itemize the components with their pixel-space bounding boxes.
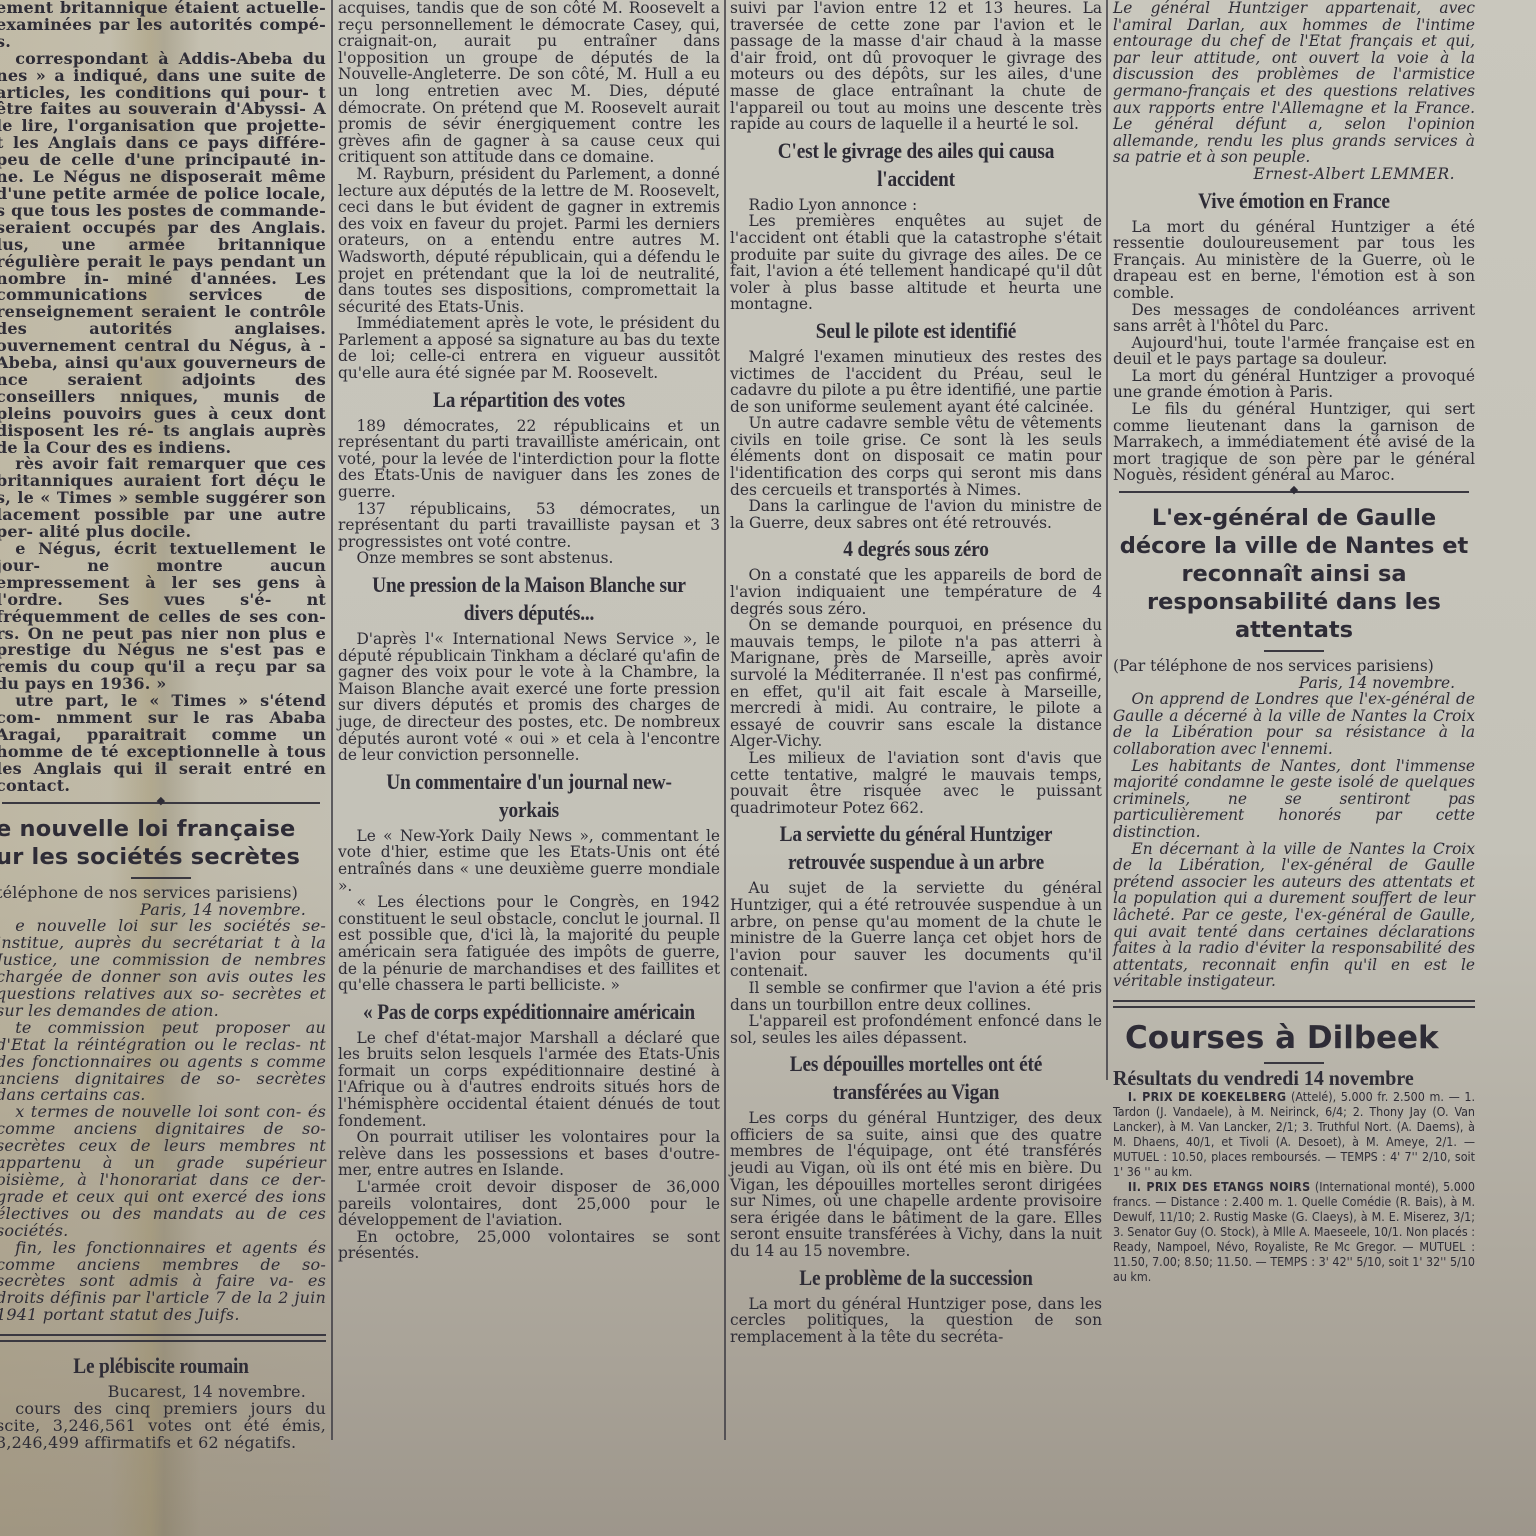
paragraph: Immédiatement après le vote, le présiden… [338,315,720,381]
paragraph: On se demande pourquoi, en présence du m… [730,617,1102,750]
subheading: Les dépouilles mortelles ont été transfé… [752,1050,1079,1106]
ornament-divider [1119,488,1469,496]
paragraph: Aujourd'hui, toute l'armée française est… [1113,335,1475,368]
byline: Ernest-Albert LEMMER. [1113,166,1475,183]
column-4: Le général Huntziger appartenait, avec l… [1113,0,1475,1284]
source-line: Radio Lyon annonce : [730,197,1102,214]
paragraph: La mort du général Huntziger pose, dans … [730,1296,1102,1346]
paragraph: La mort du général Huntziger a provoqué … [1113,368,1475,401]
divider [1264,1062,1324,1064]
double-rule-divider [1113,1000,1475,1008]
paragraph: M. Rayburn, président du Parlement, a do… [338,166,720,315]
section-headline: Courses à Dilbeek [1125,1018,1475,1058]
paragraph: te commission peut proposer au d'Etat la… [0,1020,326,1105]
column-1: ement britannique étaient actuelle- exam… [0,0,326,1452]
headline: e nouvelle loi française ur les sociétés… [0,815,326,871]
paragraph: Les habitants de Nantes, dont l'immense … [1113,758,1475,841]
paragraph: Il semble se confirmer que l'avion a été… [730,980,1102,1013]
column-3: suivi par l'avion entre 12 et 13 heures.… [730,0,1102,1345]
divider [1264,650,1324,652]
paragraph: Le fils du général Huntziger, qui sert c… [1113,401,1475,484]
subheading: Un commentaire d'un journal new-yorkais [361,768,697,824]
dateline: Paris, 14 novembre. [1113,675,1475,692]
race-text: (International monté), 5.000 francs. — D… [1113,1179,1475,1284]
paragraph: 137 républicains, 53 démocrates, un repr… [338,501,720,551]
subheading: Le problème de la succession [752,1264,1079,1292]
subheading: « Pas de corps expéditionnaire américain [361,998,697,1026]
headline: L'ex-général de Gaulle décore la ville d… [1113,504,1475,644]
paragraph: ement britannique étaient actuelle- exam… [0,0,326,51]
paragraph: Le « New-York Daily News », commentant l… [338,828,720,894]
race-result: II. PRIX DES ETANGS NOIRS (International… [1113,1179,1475,1284]
paragraph: e nouvelle loi sur les sociétés se- inst… [0,918,326,1019]
column-rule [1106,0,1108,1080]
results-heading: Résultats du vendredi 14 novembre [1113,1070,1457,1087]
subheading: La serviette du général Huntziger retrou… [752,820,1079,876]
paragraph: L'appareil est profondément enfoncé dans… [730,1013,1102,1046]
race-title: I. PRIX DE KOEKELBERG [1128,1089,1286,1104]
paragraph: L'armée croit devoir disposer de 36,000 … [338,1179,720,1229]
paragraph: On apprend de Londres que l'ex-général d… [1113,691,1475,757]
article-plebiscite: Le plébiscite roumain Bucarest, 14 novem… [0,1352,326,1452]
race-result: I. PRIX DE KOEKELBERG (Attelé), 5.000 fr… [1113,1089,1475,1179]
source-line: téléphone de nos services parisiens) [0,885,326,902]
paragraph: 189 démocrates, 22 républicains et un re… [338,418,720,501]
divider [131,877,191,879]
paragraph: Les corps du général Huntziger, des deux… [730,1110,1102,1259]
double-rule-divider [0,1334,326,1342]
race-title: II. PRIX DES ETANGS NOIRS [1128,1179,1311,1194]
paragraph: Le chef d'état-major Marshall a déclaré … [338,1030,720,1130]
subheading: 4 degrés sous zéro [752,535,1079,563]
column-rule [331,0,333,1440]
article-secret-societies: e nouvelle loi française ur les sociétés… [0,815,326,1325]
paragraph: D'après l'« International News Service »… [338,631,720,764]
paragraph: En octobre, 25,000 volontaires se sont p… [338,1229,720,1262]
column-2: acquises, tandis que de son côté M. Roos… [338,0,720,1262]
paragraph: Les milieux de l'aviation sont d'avis qu… [730,750,1102,816]
article-abyssinia: ement britannique étaient actuelle- exam… [0,0,326,795]
paragraph: correspondant à Addis-Abeba du nes » a i… [0,51,326,457]
paragraph: Malgré l'examen minutieux des restes des… [730,349,1102,415]
paragraph: acquises, tandis que de son côté M. Roos… [338,0,720,166]
subheading: Une pression de la Maison Blanche sur di… [361,571,697,627]
paragraph: Des messages de condoléances arrivent sa… [1113,302,1475,335]
paragraph: suivi par l'avion entre 12 et 13 heures.… [730,0,1102,133]
subheading: Vive émotion en France [1135,187,1454,215]
paragraph: On a constaté que les appareils de bord … [730,567,1102,617]
paragraph: Au sujet de la serviette du général Hunt… [730,880,1102,980]
paragraph: Onze membres se sont abstenus. [338,550,720,567]
subheading: Seul le pilote est identifié [752,317,1079,345]
paragraph: Dans la carlingue de l'avion du ministre… [730,498,1102,531]
paragraph: fin, les fonctionnaires et agents és com… [0,1240,326,1325]
paragraph: La mort du général Huntziger a été resse… [1113,219,1475,302]
paragraph: utre part, le « Times » s'étend com- nmm… [0,693,326,794]
subheading: C'est le givrage des ailes qui causa l'a… [752,137,1079,193]
paragraph: x termes de nouvelle loi sont con- és co… [0,1104,326,1239]
paragraph: On pourrait utiliser les volontaires pou… [338,1129,720,1179]
subheading: La répartition des votes [361,386,697,414]
paragraph: e Négus, écrit textuellement le jour- ne… [0,541,326,693]
source-line: (Par téléphone de nos services parisiens… [1113,658,1475,675]
paragraph: rès avoir fait remarquer que ces britann… [0,456,326,541]
paragraph: Un autre cadavre semble vêtu de vêtement… [730,415,1102,498]
paragraph: cours des cinq premiers jours du scite, … [0,1401,326,1452]
paragraph: Les premières enquêtes au sujet de l'acc… [730,213,1102,313]
ornament-divider [2,799,320,807]
headline: Le plébiscite roumain [16,1352,306,1380]
paragraph: En décernant à la ville de Nantes la Cro… [1113,841,1475,990]
paragraph: Le général Huntziger appartenait, avec l… [1113,0,1475,166]
column-rule [724,0,726,1440]
paragraph: « Les élections pour le Congrès, en 1942… [338,894,720,994]
